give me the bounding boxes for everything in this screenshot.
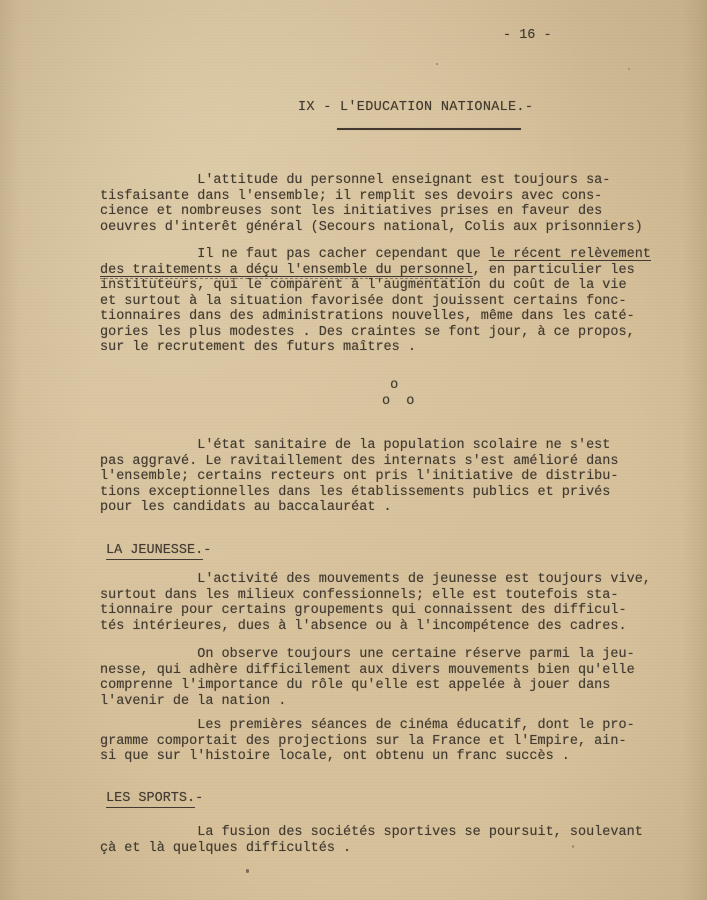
page-title: IX - L'EDUCATION NATIONALE.- bbox=[298, 100, 533, 116]
heading-les-sports: LES SPORTS.- bbox=[106, 791, 203, 807]
heading-underlined-text: LES SPORTS. bbox=[106, 791, 195, 808]
paragraph-fusion-societes: La fusion des sociétés sportives se pour… bbox=[100, 825, 700, 856]
underlined-phrase: des traitements a déçu l'ensemble du per… bbox=[100, 263, 473, 279]
underlined-phrase: le récent relèvement bbox=[489, 247, 651, 262]
paragraph-traitements: Il ne faut pas cacher cependant que le r… bbox=[100, 247, 700, 356]
heading-suffix: - bbox=[195, 791, 203, 806]
paragraph-etat-sanitaire: L'état sanitaire de la population scolai… bbox=[100, 438, 700, 516]
paragraph-personnel-attitude: L'attitude du personnel enseignant est t… bbox=[100, 173, 700, 235]
paper-speck bbox=[246, 869, 249, 873]
paper-speck bbox=[436, 63, 438, 65]
heading-la-jeunesse: LA JEUNESSE.- bbox=[106, 543, 211, 559]
paragraph-reserve-jeunesse: On observe toujours une certaine réserve… bbox=[100, 647, 700, 709]
text-segment: Il ne faut pas cacher cependant que bbox=[100, 247, 489, 262]
heading-suffix: - bbox=[203, 543, 211, 558]
heading-underlined-text: LA JEUNESSE. bbox=[106, 543, 203, 560]
section-separator-ooo: o o o bbox=[382, 378, 414, 409]
title-underline-rule bbox=[337, 128, 521, 130]
page-number: - 16 - bbox=[503, 28, 552, 44]
paper-speck bbox=[572, 845, 574, 848]
paragraph-cinema-educatif: Les premières séances de cinéma éducatif… bbox=[100, 718, 700, 765]
scanned-document-page: - 16 - IX - L'EDUCATION NATIONALE.- L'at… bbox=[0, 0, 707, 900]
paragraph-activite-jeunesse: L'activité des mouvements de jeunesse es… bbox=[100, 572, 700, 634]
paper-speck bbox=[628, 68, 630, 70]
